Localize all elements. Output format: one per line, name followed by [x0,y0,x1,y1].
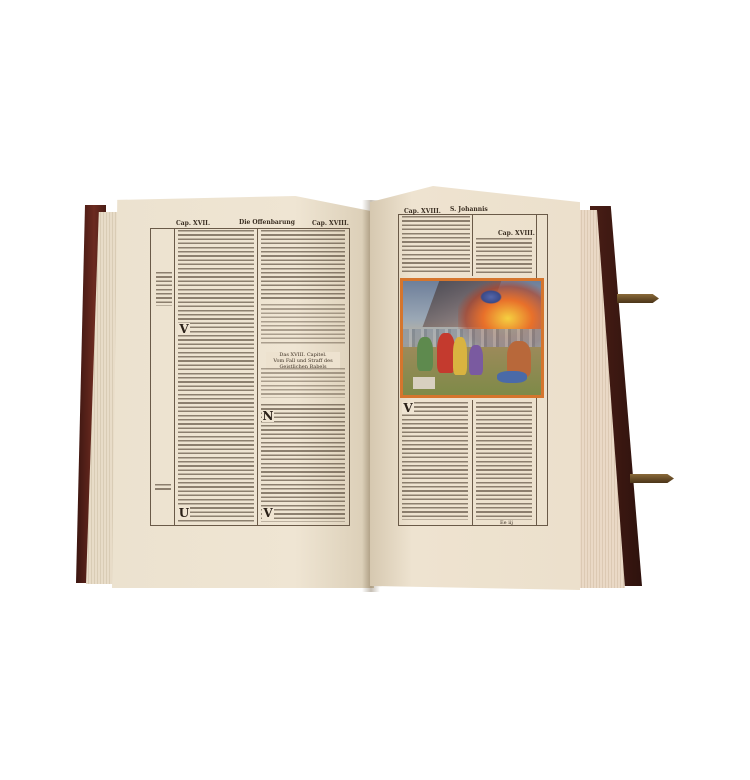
left-margin-note-2 [155,484,171,492]
left-margin-note [156,272,172,306]
right-column-divider-top [472,214,473,276]
right-page-column-2-body [476,402,532,520]
left-column-divider [257,228,258,526]
left-margin-divider [174,228,175,526]
left-running-head-chapter: Cap. XVII. [176,220,210,227]
illustration-figure [469,345,483,375]
left-running-head-chapter-right: Cap. XVIII. [312,220,349,227]
illustration-angel [480,290,502,304]
left-page-chapter-summary [261,304,345,344]
illustration-figure [417,337,433,371]
right-column-divider-bottom [472,400,473,526]
right-page-column-1-body [402,402,468,520]
left-running-head-title: Die Offenbarung [239,219,295,226]
right-running-head-chapter-right: Cap. XVIII. [498,230,535,237]
illustration-figure [453,337,467,375]
brass-clasp-top [617,294,659,303]
right-running-head-title: S. Johannis [450,206,488,213]
fall-of-babylon-engraving [400,278,544,398]
left-page-column-1 [178,230,254,522]
signature-mark: Ee iij [500,520,513,526]
book-photo: Cap. XVII. Die Offenbarung Cap. XVIII. V… [0,0,750,780]
brass-clasp-bottom [630,474,674,483]
drop-cap: V [178,323,190,335]
drop-cap: V [262,507,274,519]
illustration-chest [413,377,435,389]
drop-cap: N [262,410,274,422]
illustration-fallen-figure [497,371,527,383]
right-page-column-1-top [402,216,470,274]
drop-cap: U [178,507,190,519]
left-page-column-2-top [261,230,345,300]
right-running-head-chapter: Cap. XVIII. [404,208,441,215]
drop-cap: V [402,402,414,414]
left-page-chapter-argument [261,368,345,398]
right-page-column-2-top [476,238,532,274]
